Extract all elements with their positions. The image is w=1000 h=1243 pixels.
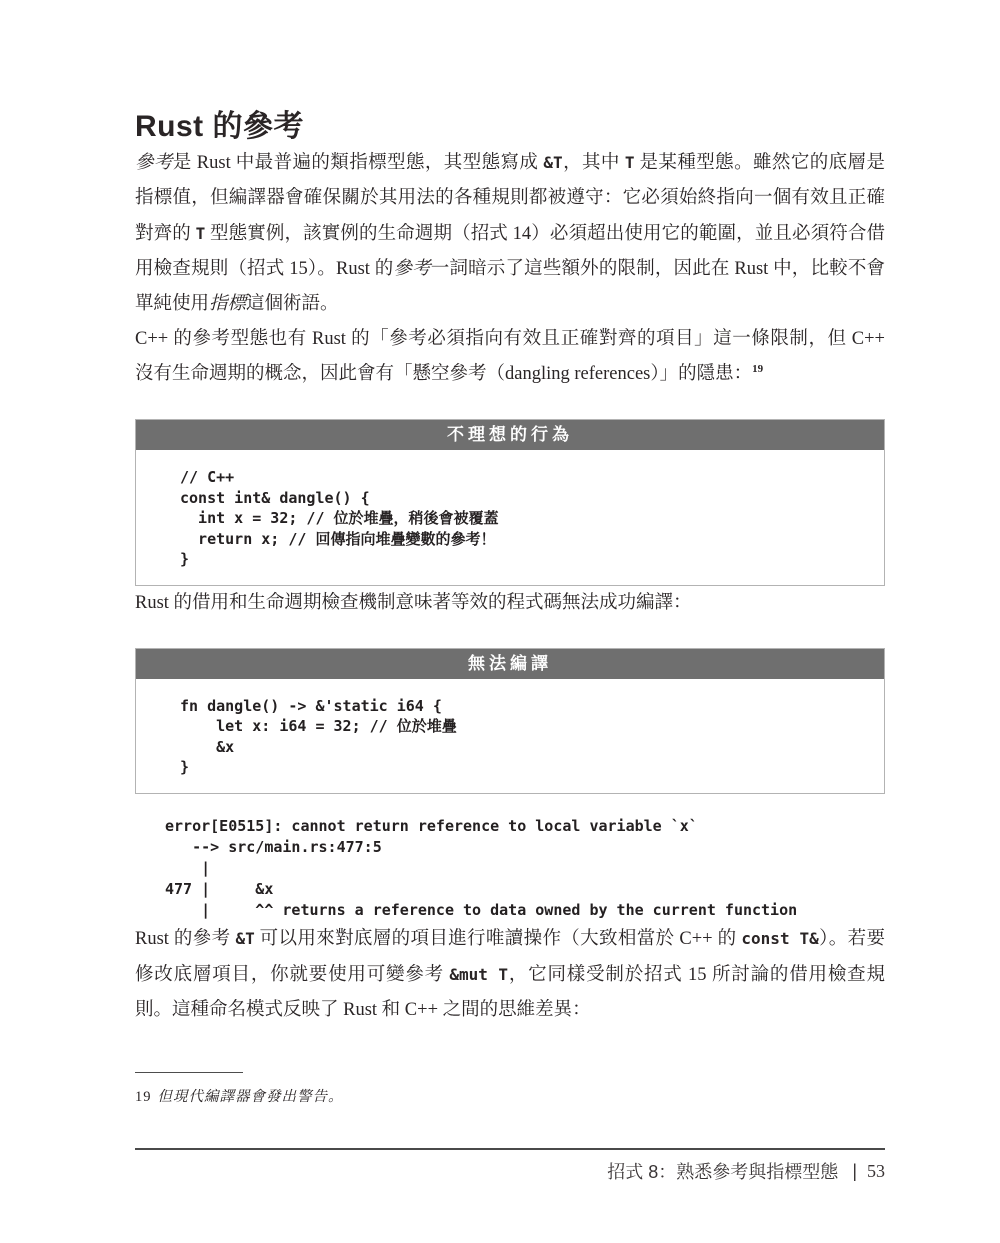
code-block-undesired-behavior: 不理想的行為 // C++const int& dangle() { int x… <box>135 419 885 586</box>
footer-chapter-title: 招式 8：熟悉參考與指標型態 <box>607 1158 838 1184</box>
paragraph-cpp-comparison: C++ 的參考型態也有 Rust 的「參考必須指向有效且正確對齊的項目」這一條限… <box>135 322 885 392</box>
page-title: Rust 的參考 <box>135 101 885 145</box>
footnote-marker: 19 <box>135 1089 152 1105</box>
code-block-body: fn dangle() -> &'static i64 { let x: i64… <box>136 679 884 793</box>
paragraph-intro: 參考是 Rust 中最普遍的類指標型態，其型態寫成 &T，其中 T 是某種型態。… <box>135 145 885 322</box>
book-page: Rust 的參考 參考是 Rust 中最普遍的類指標型態，其型態寫成 &T，其中… <box>0 0 1000 1243</box>
footnote-divider <box>135 1072 243 1073</box>
compiler-error-output: error[E0515]: cannot return reference to… <box>165 816 885 921</box>
paragraph-borrow-check: Rust 的借用和生命週期檢查機制意味著等效的程式碼無法成功編譯： <box>135 586 885 621</box>
footer-page-number: 53 <box>867 1161 885 1182</box>
code-block-header: 無法編譯 <box>136 649 884 679</box>
footnote-text: 19但現代編譯器會發出警告。 <box>135 1085 885 1106</box>
code-block-does-not-compile: 無法編譯 fn dangle() -> &'static i64 { let x… <box>135 648 885 794</box>
page-content: Rust 的參考 參考是 Rust 中最普遍的類指標型態，其型態寫成 &T，其中… <box>0 101 1000 1028</box>
paragraph-mutable-reference: Rust 的參考 &T 可以用來對底層的項目進行唯讀操作（大致相當於 C++ 的… <box>135 921 885 1028</box>
footnote-body: 但現代編譯器會發出警告。 <box>158 1089 344 1105</box>
code-block-header: 不理想的行為 <box>136 420 884 450</box>
code-block-body: // C++const int& dangle() { int x = 32; … <box>136 450 884 585</box>
footnote: 19但現代編譯器會發出警告。 <box>135 1072 885 1106</box>
footer-separator: | <box>852 1161 857 1182</box>
page-footer: 招式 8：熟悉參考與指標型態 | 53 <box>135 1148 885 1184</box>
